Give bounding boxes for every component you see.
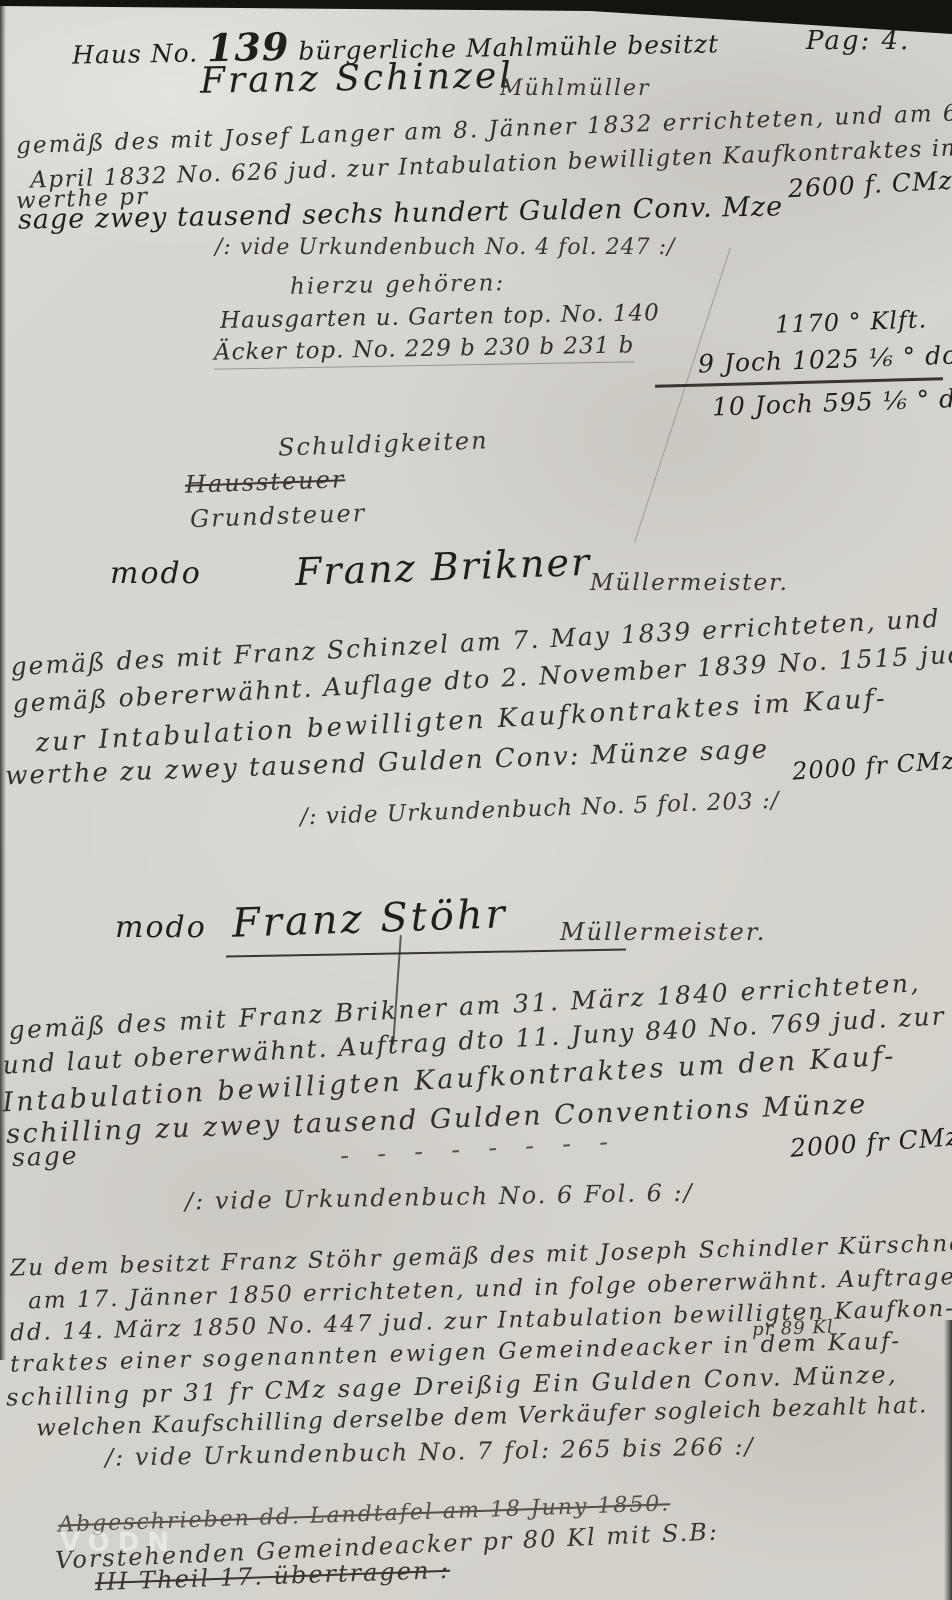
belongings-item2-area: 9 Joch 1025 ⅙ ° do bbox=[698, 340, 952, 378]
belongings-heading: hierzu gehören: bbox=[290, 270, 506, 300]
owner1-title: Mühlmüller bbox=[500, 76, 651, 101]
entry3-line5: sage bbox=[12, 1141, 80, 1172]
house-prefix: Haus No. bbox=[72, 38, 199, 69]
duties-heading: Schuldigkeiten bbox=[278, 426, 489, 461]
belongings-item1-area: 1170 ° Klft. bbox=[775, 305, 928, 338]
belongings-item3-area: 10 Joch 595 ⅙ ° do bbox=[712, 383, 952, 421]
page-number: Pag: 4. bbox=[806, 26, 910, 56]
entry2-vide: /: vide Urkundenbuch No. 5 fol. 203 :/ bbox=[300, 788, 780, 831]
entry3-vide: /: vide Urkundenbuch No. 6 Fol. 6 :/ bbox=[185, 1179, 694, 1216]
owner3-name: Franz Stöhr bbox=[231, 891, 508, 947]
entry4-vide: /: vide Urkundenbuch No. 7 fol: 265 bis … bbox=[105, 1432, 755, 1471]
duties-item2: Grundsteuer bbox=[190, 499, 367, 533]
entry3-modo: modo bbox=[115, 910, 207, 945]
belongings-item1: Hausgarten u. Garten top. No. 140 bbox=[220, 300, 660, 334]
owner3-title: Müllermeister. bbox=[560, 918, 766, 946]
entry2-amount: 2000 fr CMz bbox=[791, 746, 952, 785]
owner1-name: Franz Schinzel bbox=[200, 55, 514, 101]
scan-edge-left bbox=[0, 0, 6, 1360]
scan-edge-right bbox=[944, 1320, 952, 1600]
owner2-title: Müllermeister. bbox=[590, 570, 789, 596]
owner2-name: Franz Brikner bbox=[294, 540, 592, 594]
belongings-item2: Äcker top. No. 229 b 230 b 231 b bbox=[214, 332, 635, 369]
entry1-amount: 2600 f. CMz bbox=[787, 166, 952, 204]
entry1-vide: /: vide Urkundenbuch No. 4 fol. 247 :/ bbox=[215, 235, 675, 260]
scanned-register-page: Haus No. 139 bürgerliche Mahlmühle besit… bbox=[0, 0, 952, 1600]
archive-watermark: VODN bbox=[60, 1528, 177, 1558]
duties-item1: Haussteuer bbox=[185, 465, 346, 499]
entry2-modo: modo bbox=[110, 556, 202, 591]
owner3-underline bbox=[226, 949, 626, 958]
entry3-amount: 2000 fr CMz bbox=[789, 1122, 952, 1163]
